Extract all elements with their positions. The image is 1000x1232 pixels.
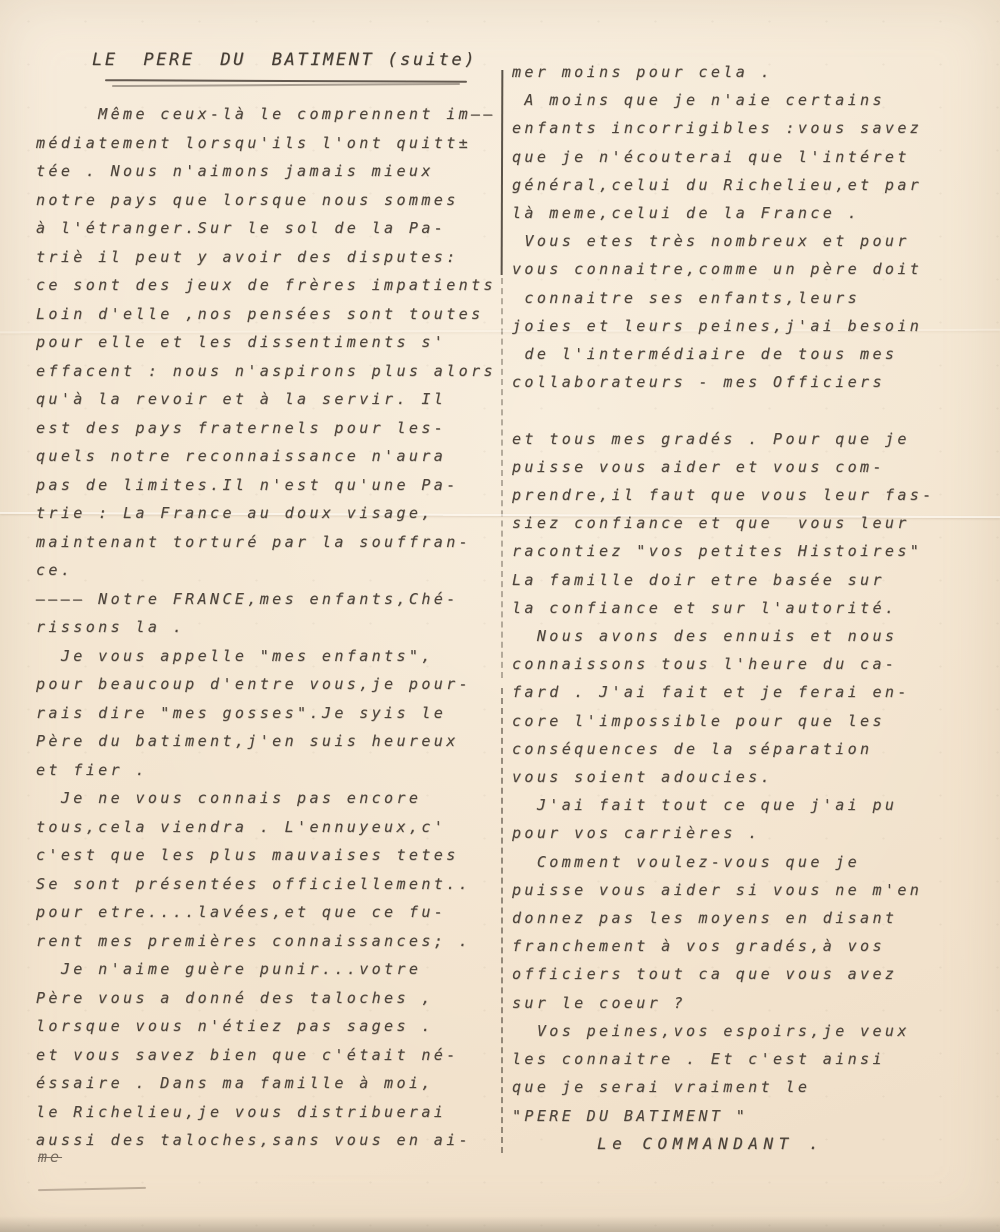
scan-edge-shadow [0,1216,1000,1232]
text-line: général,celui du Richelieu,et par [512,171,990,199]
page-title: LE PERE DU BATIMENT (suite) [92,50,477,70]
text-line: pas de limites.Il n'est qu'une Pa- [36,471,504,500]
text-line: le Richelieu,je vous distribuerai [36,1098,504,1127]
text-line: Vos peines,vos espoirs,je veux [512,1017,990,1045]
text-line: qu'à la revoir et à la servir. Il [36,385,504,414]
text-line: fard . J'ai fait et je ferai en- [512,678,990,706]
pencil-mark [38,1187,146,1191]
text-line [512,396,990,424]
text-line: pour etre....lavées,et que ce fu- [36,898,504,927]
text-line: A moins que je n'aie certains [512,86,990,114]
text-line: prendre,il faut que vous leur fas- [512,481,990,509]
text-line: et vous savez bien que c'était né- [36,1041,504,1070]
signature-line: Le COMMANDANT . [597,1134,824,1153]
text-line: rissons la . [36,613,504,642]
text-line: puisse vous aider si vous ne m'en [512,876,990,904]
text-line: vous soient adoucies. [512,763,990,791]
text-line: rent mes premières connaissances; . [36,927,504,956]
text-line: aussi des taloches,sans vous en ai- [36,1126,504,1155]
text-line: effacent : nous n'aspirons plus alors [36,357,504,386]
text-line: Je ne vous connais pas encore [36,784,504,813]
text-line: tous,cela viendra . L'ennuyeux,c' [36,813,504,842]
text-line: Vous etes très nombreux et pour [512,227,990,255]
text-line: "PERE DU BATIMENT " [512,1102,990,1130]
text-line: notre pays que lorsque nous sommes [36,186,504,215]
text-line: ce sont des jeux de frères impatients [36,271,504,300]
text-line: et tous mes gradés . Pour que je [512,425,990,453]
text-line: Loin d'elle ,nos pensées sont toutes [36,300,504,329]
text-line: et fier . [36,756,504,785]
text-line: trie : La France au doux visage, [36,499,504,528]
text-line: rais dire "mes gosses".Je syis le [36,699,504,728]
document-page: LE PERE DU BATIMENT (suite) Même ceux-là… [0,0,1000,1232]
text-line: connaitre ses enfants,leurs [512,284,990,312]
text-line: ———— Notre FRANCE,mes enfants,Ché- [36,585,504,614]
text-line: Comment voulez-vous que je [512,848,990,876]
text-line: sur le coeur ? [512,989,990,1017]
text-line: La famille doir etre basée sur [512,566,990,594]
text-line: Père vous a donné des taloches , [36,984,504,1013]
text-line: donnez pas les moyens en disant [512,904,990,932]
text-line: officiers tout ca que vous avez [512,960,990,988]
text-line: Je n'aime guère punir...votre [36,955,504,984]
text-line: ce. [36,556,504,585]
text-line: Nous avons des ennuis et nous [512,622,990,650]
text-line: enfants incorrigibles :vous savez [512,114,990,142]
text-line: Père du batiment,j'en suis heureux [36,727,504,756]
text-line: Se sont présentées officiellement.. [36,870,504,899]
text-line: siez confiance et que vous leur [512,509,990,537]
text-line: connaissons tous l'heure du ca- [512,650,990,678]
text-line: que je n'écouterai que l'intéret [512,143,990,171]
text-line: vous connaitre,comme un père doit [512,255,990,283]
text-line: là meme,celui de la France . [512,199,990,227]
text-line: puisse vous aider et vous com- [512,453,990,481]
text-line: pour beaucoup d'entre vous,je pour- [36,670,504,699]
text-line: à l'étranger.Sur le sol de la Pa- [36,214,504,243]
text-line: est des pays fraternels pour les- [36,414,504,443]
text-line: les connaitre . Et c'est ainsi [512,1045,990,1073]
text-line: maintenant torturé par la souffran- [36,528,504,557]
text-line: collaborateurs - mes Officiers [512,368,990,396]
text-line: de l'intermédiaire de tous mes [512,340,990,368]
text-line: la confiance et sur l'autorité. [512,594,990,622]
left-column: Même ceux-là le comprennent im——médiatem… [36,100,504,1155]
text-line: J'ai fait tout ce que j'ai pu [512,791,990,819]
text-line: lorsque vous n'étiez pas sages . [36,1012,504,1041]
text-line: Je vous appelle "mes enfants", [36,642,504,671]
text-line: pour vos carrières . [512,819,990,847]
text-line: quels notre reconnaissance n'aura [36,442,504,471]
right-column: mer moins pour cela . A moins que je n'a… [512,58,990,1130]
text-line: triè il peut y avoir des disputes: [36,243,504,272]
text-line: core l'impossible pour que les [512,707,990,735]
text-line: mer moins pour cela . [512,58,990,86]
text-line: médiatement lorsqu'ils l'ont quitt± [36,129,504,158]
text-line: conséquences de la séparation [512,735,990,763]
struck-word: me [38,1148,62,1166]
text-line: Même ceux-là le comprennent im—— [36,100,504,129]
title-underline-secondary [112,83,460,87]
text-line: éssaire . Dans ma famille à moi, [36,1069,504,1098]
text-line: c'est que les plus mauvaises tetes [36,841,504,870]
text-line: pour elle et les dissentiments s' [36,328,504,357]
text-line: tée . Nous n'aimons jamais mieux [36,157,504,186]
text-line: franchement à vos gradés,à vos [512,932,990,960]
text-line: joies et leurs peines,j'ai besoin [512,312,990,340]
text-line: que je serai vraiment le [512,1073,990,1101]
text-line: racontiez "vos petites Histoires" [512,537,990,565]
